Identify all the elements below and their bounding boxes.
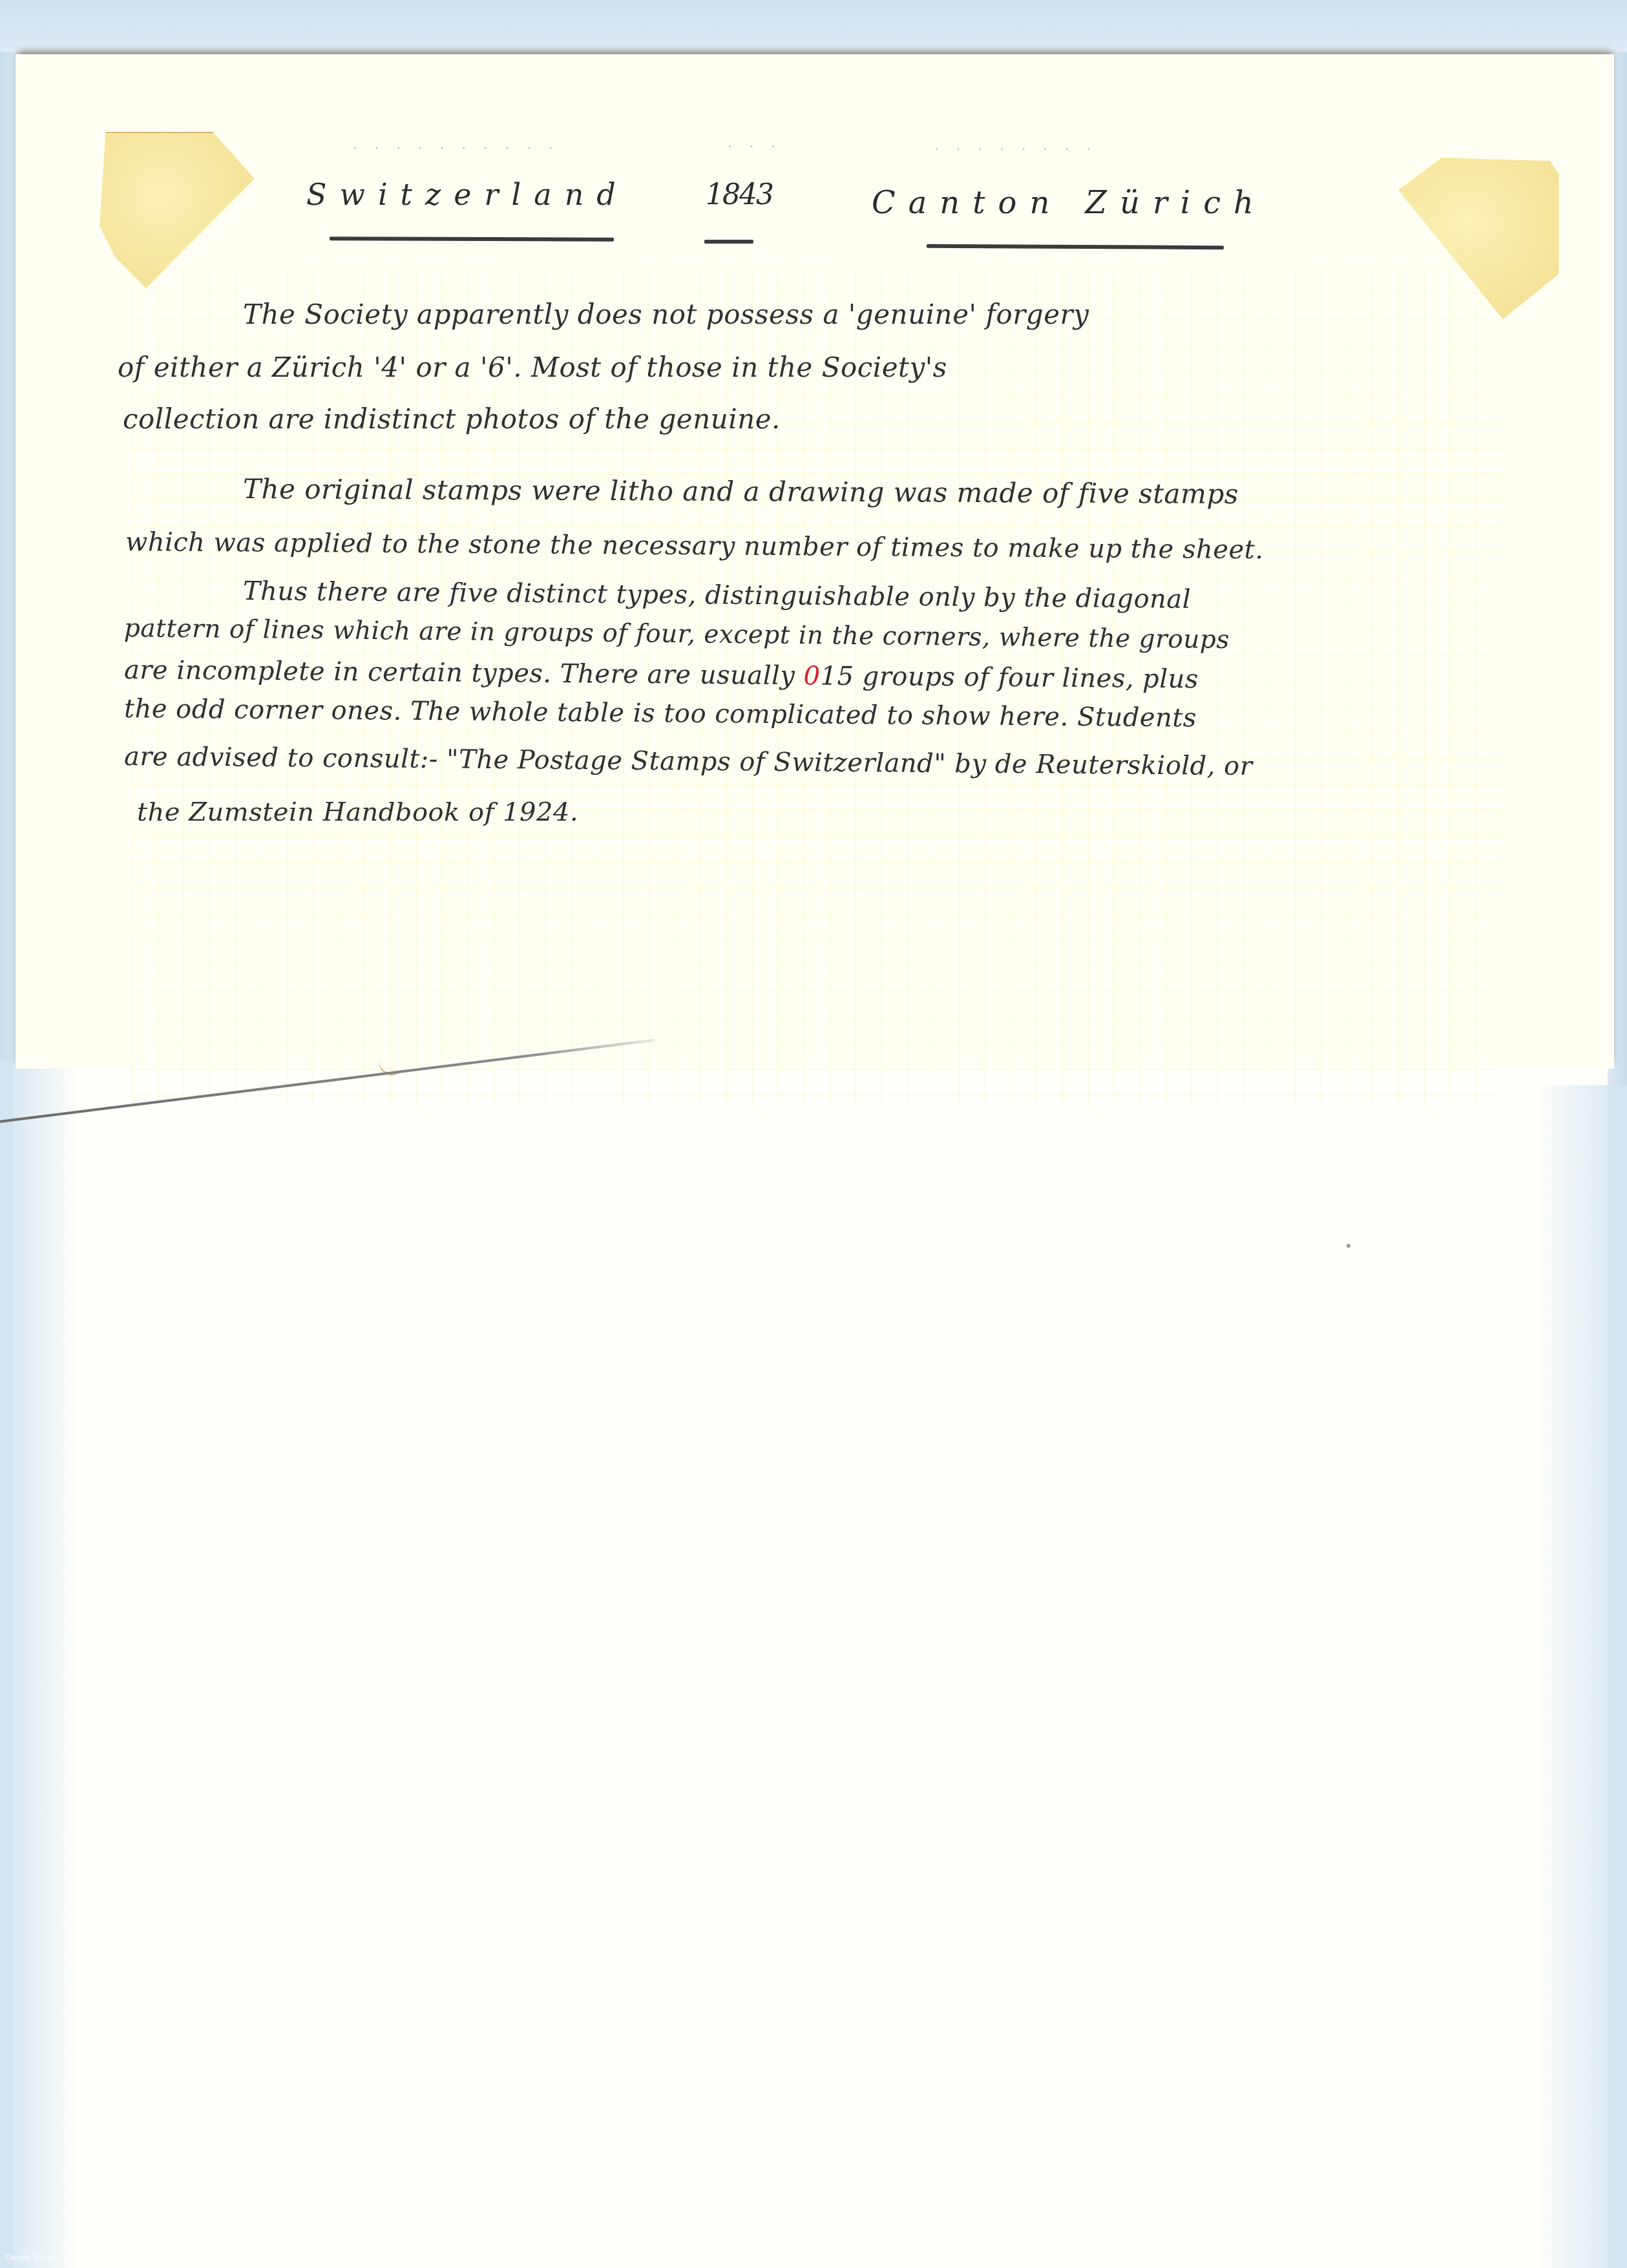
scanner-background-top	[0, 0, 1627, 58]
line-text: are incomplete in certain types. There a…	[124, 655, 795, 691]
paragraph-1-line-3: collection are indistinct photos of the …	[123, 403, 781, 435]
watermark: Derek Baron	[5, 2253, 58, 2263]
heading-year: 1843	[706, 178, 773, 211]
paragraph-1-line-2: of either a Zürich '4' or a '6'. Most of…	[118, 352, 947, 383]
heading-underline-year	[704, 240, 753, 244]
correction-mark: 0	[803, 661, 820, 691]
heading-canton: Canton Zürich	[872, 185, 1266, 221]
heading-underline-canton	[927, 244, 1224, 249]
album-page: . . . . . . . . . . . . . . . . . . . . …	[16, 54, 1614, 1069]
show-through-text: . . .	[726, 137, 781, 151]
paragraph-3-line-6: the Zumstein Handbook of 1924.	[137, 797, 578, 827]
heading-country: Switzerland	[306, 177, 629, 212]
scanner-background-lower-right	[1537, 1086, 1627, 2268]
groups-count: 15	[820, 661, 854, 691]
show-through-text: . . . . . . . .	[933, 140, 1097, 153]
paragraph-1-line-1: The Society apparently does not possess …	[243, 299, 1089, 330]
line-text-continued: groups of four lines, plus	[863, 662, 1199, 695]
hinge-tape-left	[100, 132, 255, 288]
dust-speck	[1347, 1244, 1350, 1248]
show-through-text: . . . . . . . . . .	[352, 138, 558, 152]
heading-underline-country	[330, 236, 614, 242]
paragraph-2-line-1: The original stamps were litho and a dra…	[243, 473, 1239, 510]
scanner-background-lower-left	[0, 1060, 78, 2268]
backing-sheet	[13, 1066, 1602, 2268]
